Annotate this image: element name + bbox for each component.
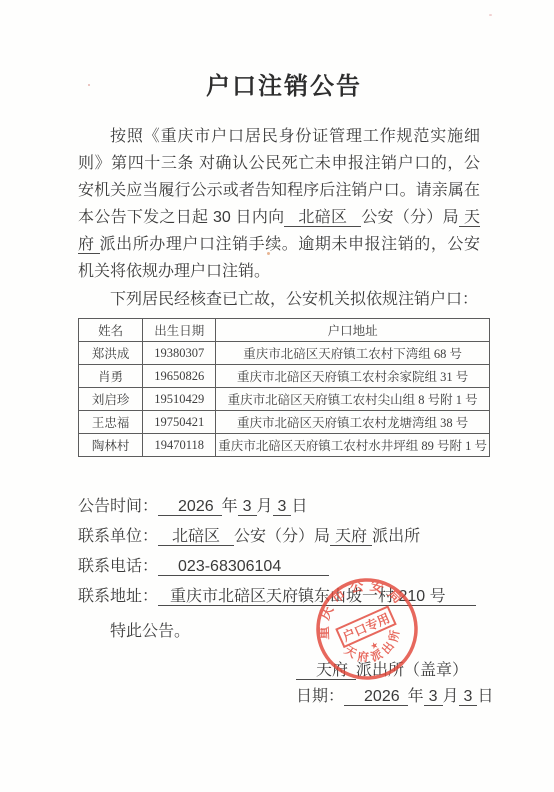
- intro-paragraph: 按照《重庆市户口居民身份证管理工作规范实施细则》第四十三条 对确认公民死亡未申报…: [78, 123, 480, 285]
- table-row: 刘启珍 19510429 重庆市北碚区天府镇工农村尖山组 8 号附 1 号: [79, 388, 490, 411]
- contact-phone-line: 联系电话：023-68306104: [78, 552, 490, 582]
- cell-birthdate: 19380307: [143, 342, 216, 365]
- notice-year-value: 2026: [158, 498, 222, 516]
- unit-year: 年: [408, 688, 424, 705]
- contact-unit-mid: 公安（分）局: [234, 528, 330, 545]
- table-row: 郑洪成 19380307 重庆市北碚区天府镇工农村下湾组 68 号: [79, 342, 490, 365]
- unit-month: 月: [257, 498, 273, 515]
- signature-station-suffix: 派出所（盖章）: [356, 662, 468, 679]
- contact-unit-label: 联系单位：: [78, 528, 158, 545]
- closing-line: 特此公告。: [78, 618, 490, 646]
- unit-year: 年: [222, 498, 238, 515]
- cell-name: 王忠福: [79, 411, 143, 434]
- date-month-value: 3: [424, 688, 443, 706]
- contact-fields: 公告时间：2026年3月3日 联系单位：北碚区公安（分）局天府派出所 联系电话：…: [78, 492, 490, 612]
- contact-unit-line: 联系单位：北碚区公安（分）局天府派出所: [78, 522, 490, 552]
- table-row: 王忠福 19750421 重庆市北碚区天府镇工农村龙塘湾组 38 号: [79, 411, 490, 434]
- cell-name: 刘启珍: [79, 388, 143, 411]
- deceased-residents-table: 姓名 出生日期 户口地址 郑洪成 19380307 重庆市北碚区天府镇工农村下湾…: [78, 318, 490, 457]
- notice-time-label: 公告时间：: [78, 498, 158, 515]
- cell-address: 重庆市北碚区天府镇工农村下湾组 68 号: [216, 342, 490, 365]
- contact-address-label: 联系地址：: [78, 588, 158, 605]
- table-intro-line: 下列居民经核查已亡故，公安机关拟依规注销户口：: [78, 287, 490, 313]
- unit-day: 日: [291, 498, 307, 515]
- unit-month: 月: [443, 688, 459, 705]
- signature-date-line: 日期：2026年3月3日: [296, 684, 490, 710]
- table-row: 肖勇 19650826 重庆市北碚区天府镇工农村余家院组 31 号: [79, 365, 490, 388]
- cell-address: 重庆市北碚区天府镇工农村水井坪组 89 号附 1 号: [216, 434, 490, 457]
- cell-name: 陶林村: [79, 434, 143, 457]
- contact-district-blank: 北碚区: [158, 528, 234, 546]
- cell-name: 肖勇: [79, 365, 143, 388]
- cell-birthdate: 19750421: [143, 411, 216, 434]
- unit-day: 日: [477, 688, 493, 705]
- col-header-name: 姓名: [79, 319, 143, 342]
- table-row: 陶林村 19470118 重庆市北碚区天府镇工农村水井坪组 89 号附 1 号: [79, 434, 490, 457]
- contact-phone-label: 联系电话：: [78, 558, 158, 575]
- notice-time-line: 公告时间：2026年3月3日: [78, 492, 490, 522]
- signature-block: 天府派出所（盖章） 日期：2026年3月3日: [296, 658, 490, 710]
- cell-name: 郑洪成: [79, 342, 143, 365]
- cell-birthdate: 19510429: [143, 388, 216, 411]
- date-day-value: 3: [459, 688, 478, 706]
- notice-month-value: 3: [238, 498, 257, 516]
- contact-address-line: 联系地址：重庆市北碚区天府镇东山坡一村 210 号: [78, 582, 490, 612]
- date-label: 日期：: [296, 688, 344, 705]
- col-header-birthdate: 出生日期: [143, 319, 216, 342]
- table-header-row: 姓名 出生日期 户口地址: [79, 319, 490, 342]
- col-header-address: 户口地址: [216, 319, 490, 342]
- intro-text-3: 派出所办理户口注销手续。逾期未申报注销的，公安机关将依规办理户口注销。: [78, 236, 480, 280]
- contact-station-blank: 天府: [330, 528, 372, 546]
- contact-phone-value: 023-68306104: [158, 558, 329, 576]
- cell-birthdate: 19650826: [143, 365, 216, 388]
- intro-text-2: 公安（分）局: [361, 209, 459, 226]
- district-blank: 北碚区: [284, 209, 361, 227]
- contact-address-value: 重庆市北碚区天府镇东山坡一村 210 号: [158, 588, 476, 606]
- page-title: 户口注销公告: [78, 66, 490, 101]
- cell-address: 重庆市北碚区天府镇工农村尖山组 8 号附 1 号: [216, 388, 490, 411]
- station-seal-line: 天府派出所（盖章）: [296, 658, 490, 684]
- notice-day-value: 3: [273, 498, 292, 516]
- signature-station-blank: 天府: [296, 662, 356, 680]
- document-content: 户口注销公告 按照《重庆市户口居民身份证管理工作规范实施细则》第四十三条 对确认…: [78, 0, 490, 710]
- cell-address: 重庆市北碚区天府镇工农村龙塘湾组 38 号: [216, 411, 490, 434]
- cell-address: 重庆市北碚区天府镇工农村余家院组 31 号: [216, 365, 490, 388]
- scanned-notice-page: 户口注销公告 按照《重庆市户口居民身份证管理工作规范实施细则》第四十三条 对确认…: [0, 0, 554, 792]
- cell-birthdate: 19470118: [143, 434, 216, 457]
- contact-unit-suffix: 派出所: [372, 528, 420, 545]
- date-year-value: 2026: [344, 688, 408, 706]
